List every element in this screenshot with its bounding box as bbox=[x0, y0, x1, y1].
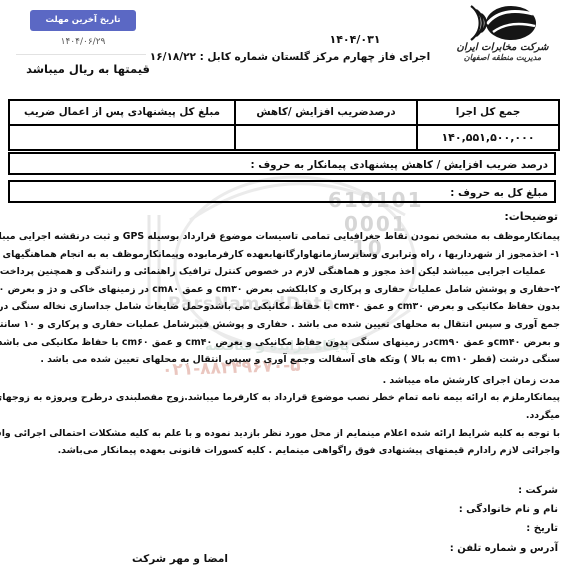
signature-fields: شرکت : نام و نام خانوادگی : تاریخ : آدرس… bbox=[8, 481, 558, 558]
note-line: با توجه به کلیه شرایط ارائه شده اعلام می… bbox=[8, 425, 560, 443]
date-field-label: تاریخ : bbox=[8, 519, 558, 538]
tender-document-page: 610101 0001 10 ParsNamadData پایگاه مزای… bbox=[0, 0, 568, 576]
note-line: و بعرض cm۴۰و عمق cm۹۰در زمینهای سنگی بدو… bbox=[8, 334, 560, 352]
price-table: جمع کل اجرا درصدضریب افزایش /کاهش پیشنها… bbox=[8, 99, 560, 151]
note-line: ۱- اخذمجوز از شهرداریها ، راه وترابری وس… bbox=[8, 246, 560, 264]
header-coefficient-percent: درصدضریب افزایش /کاهش پیشنهادی پیمانکار bbox=[234, 101, 416, 126]
fullname-field-label: نام و نام خانوادگی : bbox=[8, 500, 558, 519]
note-line: پیمانکارموظف به مشخص نمودن نقاط جغرافیای… bbox=[8, 228, 560, 246]
note-line: واجرائی لازم رادارم قیمتهای پیشنهادی فوق… bbox=[8, 442, 560, 460]
prices-note: قیمتها به ریال میباشد bbox=[18, 62, 158, 76]
total-execution-value: ۱۴۰,۵۵۱,۵۰۰,۰۰۰ bbox=[416, 126, 558, 149]
address-phone-field-label: آدرس و شماره تلفن : bbox=[8, 539, 558, 558]
company-logo-block: شرکت مخابرات ایران مدیریت منطقه اصفهان bbox=[440, 2, 565, 62]
logo-region-name: مدیریت منطقه اصفهان bbox=[440, 53, 565, 62]
coefficient-percent-input-cell[interactable] bbox=[234, 126, 416, 149]
note-line: میگردد. bbox=[8, 407, 560, 425]
tci-logo-icon bbox=[467, 2, 539, 44]
note-line: عملیات اجرایی میباشد لیکن اخذ مجوز و هما… bbox=[8, 263, 560, 281]
note-line: ۲-حفاری و پوشش شامل عملیات حفاری و پرکار… bbox=[8, 281, 560, 299]
deadline-date: ۱۴۰۴/۰۶/۲۹ bbox=[20, 37, 146, 47]
note-line: پیمانکارملزم به ارائه بیمه نامه تمام خطر… bbox=[8, 389, 560, 407]
note-line: مدت زمان اجرای کارشش ماه میباشد . bbox=[8, 372, 560, 390]
header-total-after-coefficient: مبلغ کل پیشنهادی پس از اعمال ضریب bbox=[10, 101, 234, 126]
total-after-coefficient-input-cell[interactable] bbox=[10, 126, 234, 149]
header-total-execution: جمع کل اجرا bbox=[416, 101, 558, 126]
signature-seal-label: امضا و مهر شرکت bbox=[105, 553, 255, 565]
note-line: بدون حفاظ مکانیکی و بعرض cm۳۰ و عمق cm۴۰… bbox=[8, 298, 560, 316]
notes-heading: توضیحات: bbox=[8, 210, 558, 223]
company-field-label: شرکت : bbox=[8, 481, 558, 500]
note-line: سنگی درشت (قطر cm۱۰ به بالا ) وتکه های آ… bbox=[8, 351, 560, 369]
note-line: جمع آوری و سپس انتقال به محلهای تعیین شد… bbox=[8, 316, 560, 334]
doc-title: اجرای فاز چهارم مرکز گلستان شماره کابل :… bbox=[120, 51, 460, 63]
percent-in-words-field[interactable]: درصد ضریب افزایش / کاهش پیشنهادی پیمانکا… bbox=[8, 152, 556, 175]
logo-company-name: شرکت مخابرات ایران bbox=[440, 42, 565, 53]
notes-block: پیمانکارموظف به مشخص نمودن نقاط جغرافیای… bbox=[8, 228, 560, 460]
amount-in-words-field[interactable]: مبلغ کل به حروف : bbox=[8, 180, 556, 203]
doc-number: ۱۴۰۴/۰۳۱ bbox=[295, 33, 415, 46]
price-table-value-row: ۱۴۰,۵۵۱,۵۰۰,۰۰۰ bbox=[10, 126, 558, 149]
deadline-button[interactable]: تاریخ آخرین مهلت پیشنهاد bbox=[30, 10, 136, 31]
price-table-header-row: جمع کل اجرا درصدضریب افزایش /کاهش پیشنها… bbox=[10, 101, 558, 126]
